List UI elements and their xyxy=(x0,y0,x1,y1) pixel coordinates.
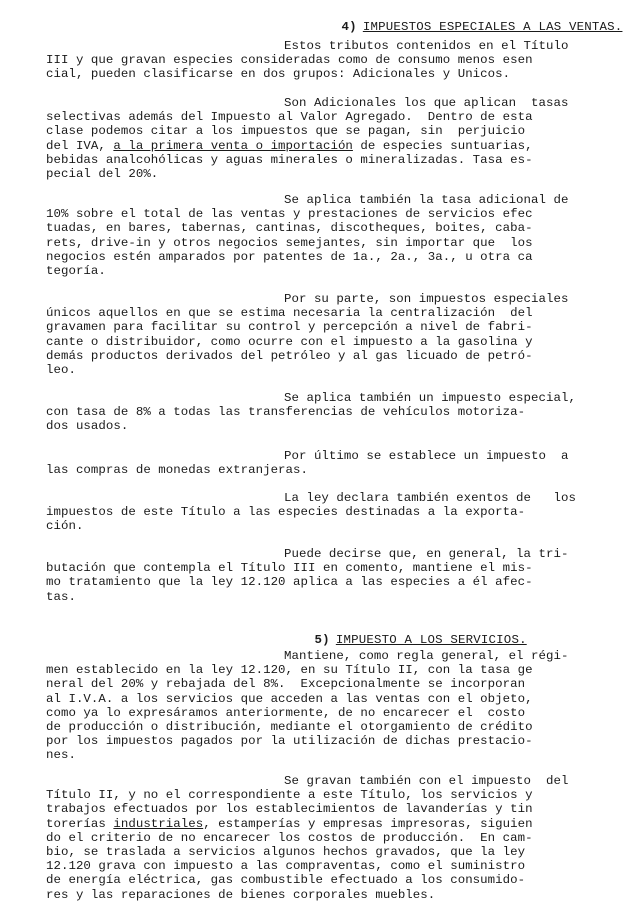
text-line: tegoría. xyxy=(46,264,618,278)
text-line: pecial del 20%. xyxy=(46,167,618,181)
text-line: Se aplica también la tasa adicional de xyxy=(46,193,618,207)
text-line: cante o distribuidor, como ocurre con el… xyxy=(46,335,618,349)
text-line: de producción o distribución, mediante e… xyxy=(46,720,618,734)
text-line: como ya lo expresáramos anteriormente, d… xyxy=(46,706,618,720)
text-line: de energía eléctrica, gas combustible ef… xyxy=(46,873,618,887)
text-line: las compras de monedas extranjeras. xyxy=(46,463,618,477)
text-line: cial, pueden clasificarse en dos grupos:… xyxy=(46,67,618,81)
text-line: gravamen para facilitar su control y per… xyxy=(46,320,618,334)
text-line: tuadas, en bares, tabernas, cantinas, di… xyxy=(46,221,618,235)
text-line: 10% sobre el total de las ventas y prest… xyxy=(46,207,618,221)
text-line: rets, drive-in y otros negocios semejant… xyxy=(46,236,618,250)
text-line: do el criterio de no encarecer los costo… xyxy=(46,831,618,845)
paragraph: Se aplica también la tasa adicional de 1… xyxy=(46,193,618,278)
text-line: con tasa de 8% a todas las transferencia… xyxy=(46,405,618,419)
text-line: al I.V.A. a los servicios que acceden a … xyxy=(46,692,618,706)
text-line-underlined: torerías industriales, estamperías y emp… xyxy=(46,817,618,831)
document-page: 4)IMPUESTOS ESPECIALES A LAS VENTAS. Est… xyxy=(0,0,630,922)
underlined-phrase: industriales xyxy=(113,817,203,831)
text-line-underlined: del IVA, a la primera venta o importació… xyxy=(46,139,618,153)
text-line: Son Adicionales los que aplican tasas xyxy=(46,96,618,110)
paragraph: Por su parte, son impuestos especiales ú… xyxy=(46,292,618,377)
text-line: Por su parte, son impuestos especiales xyxy=(46,292,618,306)
text-line: Título II, y no el correspondiente a est… xyxy=(46,788,618,802)
section-number: 4) xyxy=(342,20,357,34)
text-line: ción. xyxy=(46,519,618,533)
paragraph: Se aplica también un impuesto especial, … xyxy=(46,391,618,434)
text-line: únicos aquellos en que se estima necesar… xyxy=(46,306,618,320)
text-line: La ley declara también exentos de los xyxy=(46,491,618,505)
text-line: Puede decirse que, en general, la tri- xyxy=(46,547,618,561)
paragraph: La ley declara también exentos de los im… xyxy=(46,491,618,534)
text-line: trabajos efectuados por los establecimie… xyxy=(46,802,618,816)
text-line: leo. xyxy=(46,363,618,377)
paragraph: Se gravan también con el impuesto del Tí… xyxy=(46,774,618,902)
underlined-phrase: a la primera venta o importación xyxy=(113,139,353,153)
text-line: bebidas analcohólicas y aguas minerales … xyxy=(46,153,618,167)
text-line: Estos tributos contenidos en el Título xyxy=(46,39,618,53)
text-line: men establecido en la ley 12.120, en su … xyxy=(46,663,618,677)
paragraph: Son Adicionales los que aplican tasas se… xyxy=(46,96,618,181)
text-line: neral del 20% y rebajada del 8%. Excepci… xyxy=(46,677,618,691)
text-line: bio, se traslada a servicios algunos hec… xyxy=(46,845,618,859)
text-line: 12.120 grava con impuesto a las comprave… xyxy=(46,859,618,873)
paragraph: Estos tributos contenidos en el Título I… xyxy=(46,39,618,82)
paragraph: Puede decirse que, en general, la tri- b… xyxy=(46,547,618,604)
text-line: III y que gravan especies consideradas c… xyxy=(46,53,618,67)
text-line: Se aplica también un impuesto especial, xyxy=(46,391,618,405)
section-title: IMPUESTO A LOS SERVICIOS. xyxy=(336,633,527,647)
text-line: Se gravan también con el impuesto del xyxy=(46,774,618,788)
text-line: mo tratamiento que la ley 12.120 aplica … xyxy=(46,575,618,589)
text-line: tas. xyxy=(46,590,618,604)
text-line: res y las reparaciones de bienes corpora… xyxy=(46,888,618,902)
text-line: Mantiene, como regla general, el régi- xyxy=(46,649,618,663)
text-line: por los impuestos pagados por la utiliza… xyxy=(46,734,618,748)
text-line: negocios estén amparados por patentes de… xyxy=(46,250,618,264)
section-number: 5) xyxy=(315,633,330,647)
paragraph: Por último se establece un impuesto a la… xyxy=(46,449,618,477)
text-line: Por último se establece un impuesto a xyxy=(46,449,618,463)
paragraph: Mantiene, como regla general, el régi- m… xyxy=(46,649,618,763)
text-line: selectivas además del Impuesto al Valor … xyxy=(46,110,618,124)
text-line: nes. xyxy=(46,748,618,762)
text-line: impuestos de este Título a las especies … xyxy=(46,505,618,519)
text-line: demás productos derivados del petróleo y… xyxy=(46,349,618,363)
text-line: clase podemos citar a los impuestos que … xyxy=(46,124,618,138)
text-line: dos usados. xyxy=(46,419,618,433)
text-line: butación que contempla el Título III en … xyxy=(46,561,618,575)
section-title: IMPUESTOS ESPECIALES A LAS VENTAS. xyxy=(363,20,623,34)
